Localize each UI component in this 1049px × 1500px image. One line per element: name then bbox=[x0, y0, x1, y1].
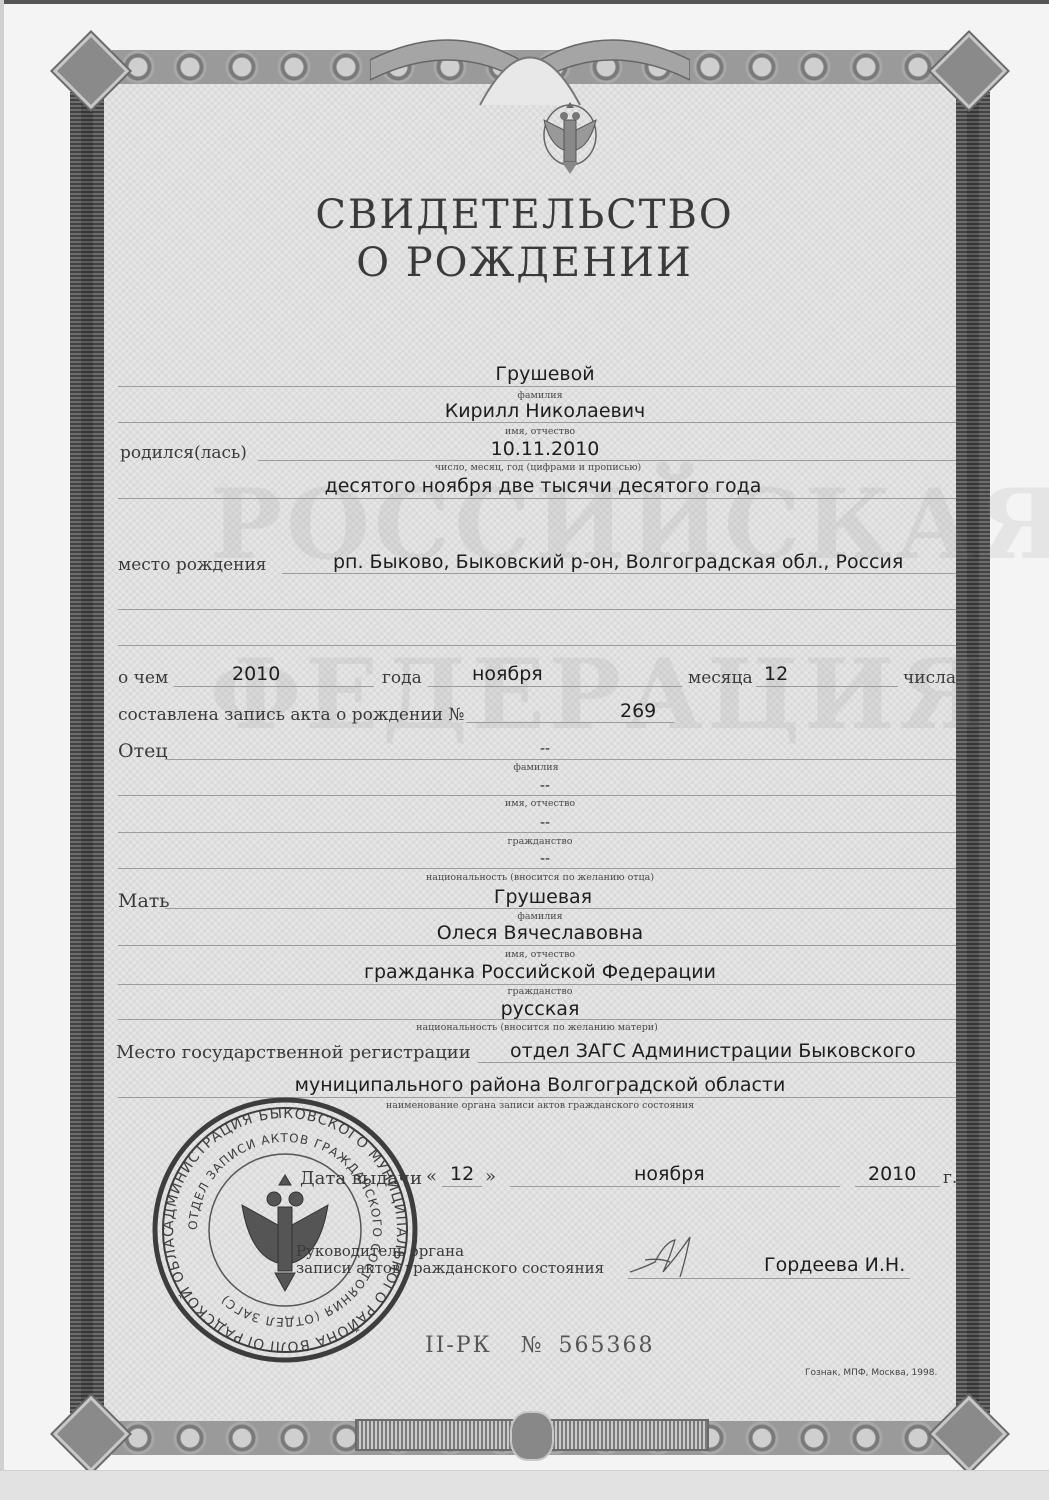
mother-label: Мать bbox=[118, 890, 170, 912]
medallion-ornament-icon bbox=[510, 1411, 554, 1461]
rule bbox=[165, 759, 956, 760]
rule bbox=[118, 984, 956, 985]
father-nationality: -- bbox=[540, 851, 550, 867]
act-label: составлена запись акта о рождении № bbox=[118, 705, 464, 725]
act-number: 269 bbox=[620, 700, 656, 722]
year-label: года bbox=[382, 668, 422, 688]
father-name-patronymic: -- bbox=[540, 778, 550, 794]
registration-office-line2: муниципального района Волгоградской обла… bbox=[295, 1074, 786, 1096]
rule bbox=[428, 686, 682, 687]
mother-nationality: русская bbox=[501, 998, 580, 1020]
registration-office-line1: отдел ЗАГС Администрации Быковского bbox=[510, 1040, 916, 1062]
document-title-line2: О РОЖДЕНИИ bbox=[0, 240, 1049, 286]
child-surname: Грушевой bbox=[495, 363, 594, 385]
birth-date: 10.11.2010 bbox=[491, 438, 600, 460]
rule bbox=[118, 832, 956, 833]
caption-registration-office: наименование органа записи актов граждан… bbox=[386, 1100, 694, 1111]
caption-mother-citizenship: гражданство bbox=[508, 986, 573, 997]
form-number-sign: № bbox=[521, 1333, 544, 1358]
form-serial-number: II-РК № 565368 bbox=[425, 1333, 654, 1358]
born-label: родился(лась) bbox=[120, 443, 247, 463]
issue-year: 2010 bbox=[868, 1163, 916, 1185]
birthplace-label: место рождения bbox=[118, 555, 267, 575]
rule bbox=[466, 722, 674, 723]
day-label: числа bbox=[903, 668, 956, 688]
double-headed-eagle-emblem-icon bbox=[530, 90, 610, 180]
rule bbox=[118, 609, 956, 610]
printer-imprint: Гознак, МПФ, Москва, 1998. bbox=[805, 1368, 937, 1378]
document-title-line1: СВИДЕТЕЛЬСТВО bbox=[0, 192, 1049, 238]
birthplace: рп. Быково, Быковский р-он, Волгоградска… bbox=[333, 551, 903, 573]
issue-open-quote: « bbox=[426, 1166, 437, 1187]
scan-edge-bottom bbox=[0, 1470, 1049, 1500]
issue-month: ноября bbox=[634, 1163, 705, 1185]
caption-mother-nationality: национальность (вносится по желанию мате… bbox=[416, 1022, 658, 1033]
rule bbox=[258, 460, 956, 461]
form-series: II-РК bbox=[425, 1333, 492, 1358]
signatory-role-line2: записи актов гражданского состояния bbox=[296, 1259, 604, 1277]
record-day: 12 bbox=[764, 663, 788, 685]
ornamental-border-left bbox=[70, 92, 104, 1413]
signatory-role-line1: Руководитель органа bbox=[296, 1242, 464, 1260]
child-name-patronymic: Кирилл Николаевич bbox=[445, 400, 646, 422]
caption-mother-name: имя, отчество bbox=[505, 949, 575, 960]
handwritten-signature-icon bbox=[625, 1232, 715, 1282]
rule bbox=[118, 645, 956, 646]
rule bbox=[165, 908, 956, 909]
father-surname: -- bbox=[540, 741, 550, 757]
rule bbox=[118, 386, 956, 387]
rule bbox=[118, 498, 956, 499]
mother-citizenship: гражданка Российской Федерации bbox=[364, 961, 716, 983]
signatory-name: Гордеева И.Н. bbox=[764, 1254, 905, 1276]
official-seal-stamp-icon: АДМИНИСТРАЦИЯ БЫКОВСКОГО МУНИЦИПАЛЬНОГО … bbox=[150, 1095, 420, 1365]
rule bbox=[118, 868, 956, 869]
corner-ornament-icon bbox=[931, 33, 1007, 109]
record-year: 2010 bbox=[232, 663, 280, 685]
caption-father-name: имя, отчество bbox=[505, 798, 575, 809]
caption-father-surname: фамилия bbox=[513, 762, 558, 773]
rule bbox=[118, 945, 956, 946]
issue-day: 12 bbox=[450, 1163, 474, 1185]
rule bbox=[174, 686, 374, 687]
corner-ornament-icon bbox=[931, 1396, 1007, 1472]
rule bbox=[478, 1062, 956, 1063]
rule bbox=[442, 1186, 482, 1187]
rule bbox=[756, 686, 898, 687]
rule bbox=[118, 795, 956, 796]
about-label: о чем bbox=[118, 668, 168, 688]
issue-year-suffix: г. bbox=[943, 1168, 957, 1188]
month-label: месяца bbox=[688, 668, 753, 688]
ornamental-border-right bbox=[956, 92, 990, 1413]
father-label: Отец bbox=[118, 740, 168, 762]
corner-ornament-icon bbox=[53, 1396, 129, 1472]
birth-date-words: десятого ноября две тысячи десятого года bbox=[325, 475, 762, 497]
caption-father-nationality: национальность (вносится по желанию отца… bbox=[426, 872, 654, 883]
rule bbox=[282, 573, 956, 574]
father-citizenship: -- bbox=[540, 815, 550, 831]
rule bbox=[118, 422, 956, 423]
scan-edge-top bbox=[0, 0, 1049, 4]
mother-name-patronymic: Олеся Вячеславовна bbox=[437, 922, 643, 944]
corner-ornament-icon bbox=[53, 33, 129, 109]
issue-close-quote: » bbox=[485, 1166, 496, 1187]
record-month: ноября bbox=[472, 663, 543, 685]
rule bbox=[855, 1186, 940, 1187]
rule bbox=[510, 1186, 840, 1187]
registration-label: Место государственной регистрации bbox=[116, 1042, 471, 1063]
caption-mother-surname: фамилия bbox=[517, 911, 562, 922]
mother-surname: Грушевая bbox=[494, 886, 592, 908]
issue-date-label: Дата выдачи bbox=[300, 1168, 422, 1189]
form-number: 565368 bbox=[558, 1333, 654, 1358]
caption-father-citizenship: гражданство bbox=[508, 836, 573, 847]
caption-birth-date: число, месяц, год (цифрами и прописью) bbox=[435, 462, 641, 473]
caption-name: имя, отчество bbox=[505, 426, 575, 437]
